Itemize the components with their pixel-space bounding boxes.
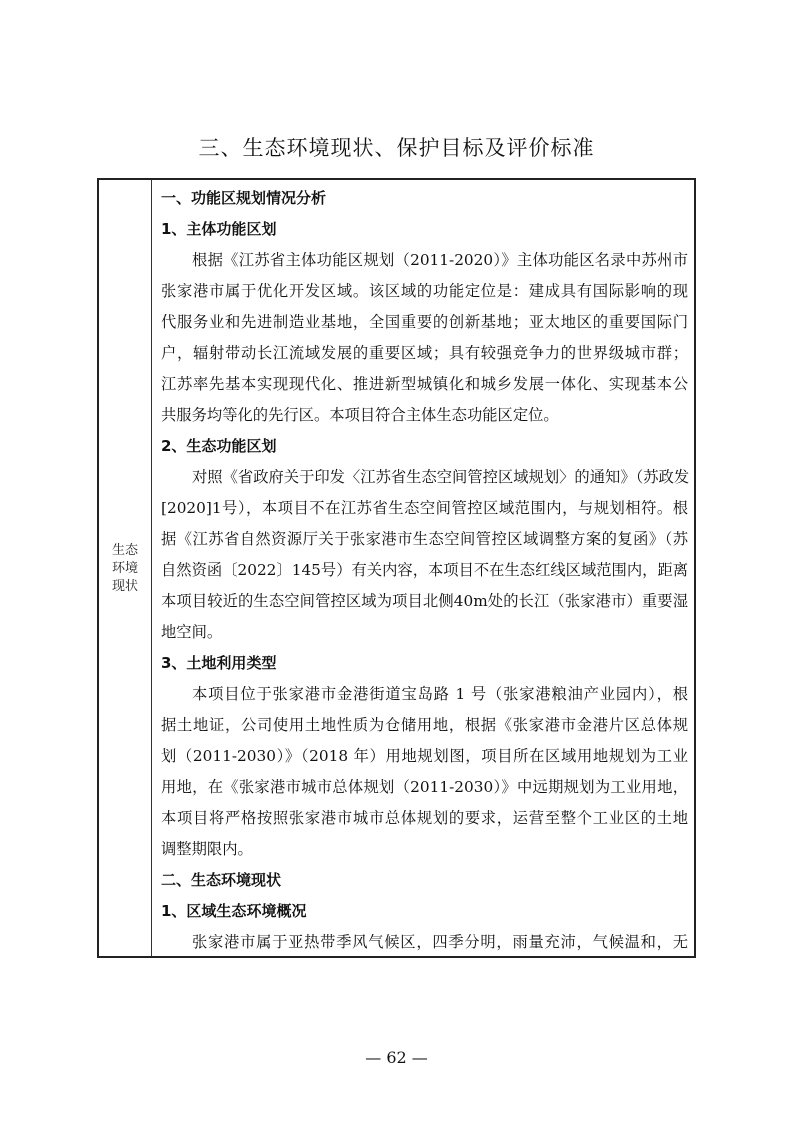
paragraph-line: 张家港市属于优化开发区域。该区域的功能定位是：建成具有国际影响的现 bbox=[161, 276, 688, 307]
row-label-cell: 生态 环境 现状 bbox=[99, 180, 152, 956]
paragraph-line: 张家港市属于亚热带季风气候区，四季分明，雨量充沛，气候温和，无 bbox=[161, 927, 688, 958]
section-heading: 2、生态功能区划 bbox=[161, 431, 688, 462]
paragraph-line: 本项目将严格按照张家港市城市总体规划的要求，运营至整个工业区的土地 bbox=[161, 803, 688, 834]
paragraph-line: 本项目较近的生态空间管控区域为项目北侧40m处的长江（张家港市）重要湿 bbox=[161, 586, 688, 617]
paragraph-line: 划（2011-2030）》（2018 年）用地规划图，项目所在区域用地规划为工业 bbox=[161, 741, 688, 772]
paragraph-line: 本项目位于张家港市金港街道宝岛路 1 号（张家港粮油产业园内），根 bbox=[161, 679, 688, 710]
section-heading: 1、区域生态环境概况 bbox=[161, 896, 688, 927]
page-number: — 62 — bbox=[0, 1048, 793, 1067]
paragraph-line: 据土地证，公司使用土地性质为仓储用地，根据《张家港市金港片区总体规 bbox=[161, 710, 688, 741]
paragraph-line: 自然资函〔2022〕145号）有关内容，本项目不在生态红线区域范围内，距离 bbox=[161, 555, 688, 586]
row-label-line: 环境 bbox=[99, 560, 151, 578]
content-cell: 一、功能区规划情况分析1、主体功能区划根据《江苏省主体功能区规划（2011-20… bbox=[161, 180, 688, 958]
section-heading: 3、土地利用类型 bbox=[161, 648, 688, 679]
paragraph-line: [2020]1号），本项目不在江苏省生态空间管控区域范围内，与规划相符。根 bbox=[161, 493, 688, 524]
paragraph-line: 根据《江苏省主体功能区规划（2011-2020）》主体功能区名录中苏州市 bbox=[161, 245, 688, 276]
paragraph-line: 据《江苏省自然资源厅关于张家港市生态空间管控区域调整方案的复函》（苏 bbox=[161, 524, 688, 555]
section-heading: 一、功能区规划情况分析 bbox=[161, 183, 688, 214]
paragraph-line: 共服务均等化的先行区。本项目符合主体生态功能区定位。 bbox=[161, 400, 688, 431]
section-heading: 二、生态环境现状 bbox=[161, 865, 688, 896]
row-label: 生态 环境 现状 bbox=[99, 542, 151, 596]
paragraph-line: 调整期限内。 bbox=[161, 834, 688, 865]
page-title: 三、生态环境现状、保护目标及评价标准 bbox=[0, 132, 793, 162]
ecology-status-table: 生态 环境 现状 一、功能区规划情况分析1、主体功能区划根据《江苏省主体功能区规… bbox=[97, 178, 696, 958]
paragraph-line: 用地，在《张家港市城市总体规划（2011-2030）》中远期规划为工业用地， bbox=[161, 772, 688, 803]
paragraph-line: 户，辐射带动长江流域发展的重要区域；具有较强竞争力的世界级城市群； bbox=[161, 338, 688, 369]
row-label-line: 生态 bbox=[99, 542, 151, 560]
paragraph-line: 江苏率先基本实现现代化、推进新型城镇化和城乡发展一体化、实现基本公 bbox=[161, 369, 688, 400]
paragraph-line: 代服务业和先进制造业基地，全国重要的创新基地；亚太地区的重要国际门 bbox=[161, 307, 688, 338]
paragraph-line: 地空间。 bbox=[161, 617, 688, 648]
row-label-line: 现状 bbox=[99, 578, 151, 596]
section-heading: 1、主体功能区划 bbox=[161, 214, 688, 245]
paragraph-line: 对照《省政府关于印发〈江苏省生态空间管控区域规划〉的通知》（苏政发 bbox=[161, 462, 688, 493]
